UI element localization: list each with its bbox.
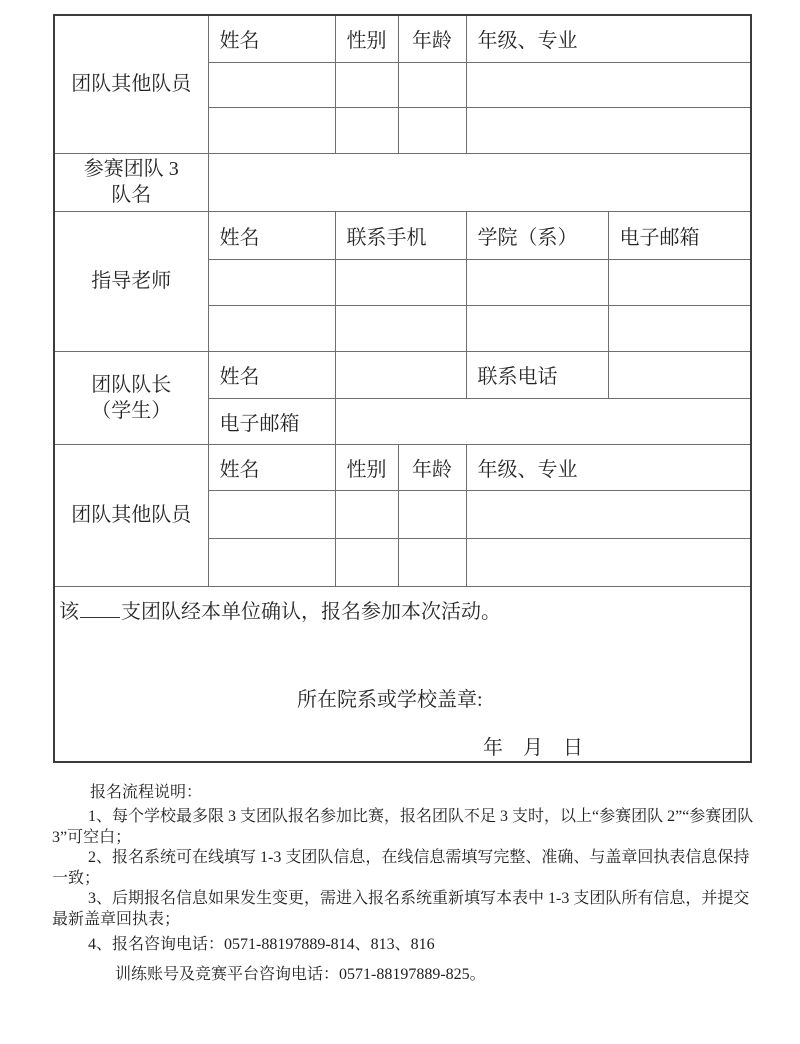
empty-input-cell bbox=[335, 351, 466, 398]
note-item-2: 2、报名系统可在线填写 1-3 支团队信息，在线信息需填写完整、准确、与盖章回执… bbox=[52, 848, 759, 889]
note-item-3: 3、后期报名信息如果发生变更，需进入报名系统重新填写本表中 1-3 支团队所有信… bbox=[52, 889, 759, 930]
notes-title: 报名流程说明： bbox=[52, 783, 759, 803]
row-label-captain-line2: （学生） bbox=[55, 398, 208, 424]
col-header-name: 姓名 bbox=[208, 211, 335, 259]
registration-notes: 报名流程说明： 1、每个学校最多限 3 支团队报名参加比赛，报名团队不足 3 支… bbox=[52, 783, 759, 985]
team3-name-row: 参赛团队 3 队名 bbox=[54, 153, 751, 211]
empty-input-cell bbox=[335, 490, 398, 538]
row-label-member-bottom: 团队其他队员 bbox=[54, 444, 208, 586]
empty-input-cell bbox=[608, 259, 751, 305]
col-header-grade-major: 年级、专业 bbox=[466, 15, 751, 62]
registration-form-table: 团队其他队员 姓名 性别 年龄 年级、专业 参赛团队 3 队名 指导老师 姓名 … bbox=[53, 14, 752, 763]
empty-input-cell bbox=[335, 259, 466, 305]
empty-input-cell bbox=[466, 490, 751, 538]
empty-input-cell bbox=[208, 305, 335, 351]
empty-input-cell bbox=[335, 398, 751, 444]
row-label-captain-line1: 团队队长 bbox=[55, 372, 208, 398]
empty-input-cell bbox=[466, 305, 608, 351]
note-footer: 训练账号及竞赛平台咨询电话：0571-88197889-825。 bbox=[52, 965, 759, 985]
empty-input-cell bbox=[398, 538, 466, 586]
note-item-1: 1、每个学校最多限 3 支团队报名参加比赛，报名团队不足 3 支时，以上“参赛团… bbox=[52, 807, 759, 848]
empty-input-cell bbox=[335, 305, 466, 351]
empty-input-cell bbox=[335, 538, 398, 586]
col-header-mobile: 联系手机 bbox=[335, 211, 466, 259]
row-label-team3-line2: 队名 bbox=[55, 182, 208, 208]
empty-input-cell bbox=[335, 107, 398, 153]
empty-input-cell bbox=[335, 62, 398, 107]
row-label-advisor: 指导老师 bbox=[54, 211, 208, 351]
col-header-gender: 性别 bbox=[335, 15, 398, 62]
captain-phone-label: 联系电话 bbox=[466, 351, 608, 398]
col-header-age: 年龄 bbox=[398, 15, 466, 62]
confirmation-suffix: 支团队经本单位确认，报名参加本次活动。 bbox=[121, 601, 501, 623]
member-bottom-header-row: 团队其他队员 姓名 性别 年龄 年级、专业 bbox=[54, 444, 751, 490]
col-header-name: 姓名 bbox=[208, 15, 335, 62]
empty-input-cell bbox=[466, 107, 751, 153]
empty-input-cell bbox=[208, 107, 335, 153]
empty-input-cell bbox=[208, 259, 335, 305]
note-item-4: 4、报名咨询电话：0571-88197889-814、813、816 bbox=[52, 935, 759, 956]
member-top-header-row: 团队其他队员 姓名 性别 年龄 年级、专业 bbox=[54, 15, 751, 62]
col-header-grade-major: 年级、专业 bbox=[466, 444, 751, 490]
empty-input-cell bbox=[466, 538, 751, 586]
empty-input-cell bbox=[208, 62, 335, 107]
date-line: 年 月 日 bbox=[483, 731, 583, 760]
col-header-age: 年龄 bbox=[398, 444, 466, 490]
captain-row-1: 团队队长 （学生） 姓名 联系电话 bbox=[54, 351, 751, 398]
blank-underline bbox=[80, 613, 120, 618]
captain-name-label: 姓名 bbox=[208, 351, 335, 398]
col-header-college: 学院（系） bbox=[466, 211, 608, 259]
empty-input-cell bbox=[608, 305, 751, 351]
stamp-line: 所在院系或学校盖章: bbox=[297, 683, 483, 712]
confirmation-statement: 该支团队经本单位确认，报名参加本次活动。 bbox=[59, 595, 501, 624]
row-label-team3-line1: 参赛团队 3 bbox=[55, 156, 208, 182]
col-header-gender: 性别 bbox=[335, 444, 398, 490]
empty-input-cell bbox=[466, 259, 608, 305]
empty-input-cell bbox=[608, 351, 751, 398]
empty-input-cell bbox=[398, 62, 466, 107]
empty-input-cell bbox=[208, 153, 751, 211]
confirmation-prefix: 该 bbox=[59, 601, 79, 623]
row-label-team3: 参赛团队 3 队名 bbox=[54, 153, 208, 211]
empty-input-cell bbox=[466, 62, 751, 107]
empty-input-cell bbox=[398, 490, 466, 538]
advisor-header-row: 指导老师 姓名 联系手机 学院（系） 电子邮箱 bbox=[54, 211, 751, 259]
captain-email-label: 电子邮箱 bbox=[208, 398, 335, 444]
empty-input-cell bbox=[208, 538, 335, 586]
col-header-name: 姓名 bbox=[208, 444, 335, 490]
empty-input-cell bbox=[398, 107, 466, 153]
confirmation-row: 该支团队经本单位确认，报名参加本次活动。 所在院系或学校盖章: 年 月 日 bbox=[54, 586, 751, 762]
row-label-captain: 团队队长 （学生） bbox=[54, 351, 208, 444]
row-label-member-top: 团队其他队员 bbox=[54, 15, 208, 153]
empty-input-cell bbox=[208, 490, 335, 538]
col-header-email: 电子邮箱 bbox=[608, 211, 751, 259]
confirmation-cell: 该支团队经本单位确认，报名参加本次活动。 所在院系或学校盖章: 年 月 日 bbox=[54, 586, 751, 762]
